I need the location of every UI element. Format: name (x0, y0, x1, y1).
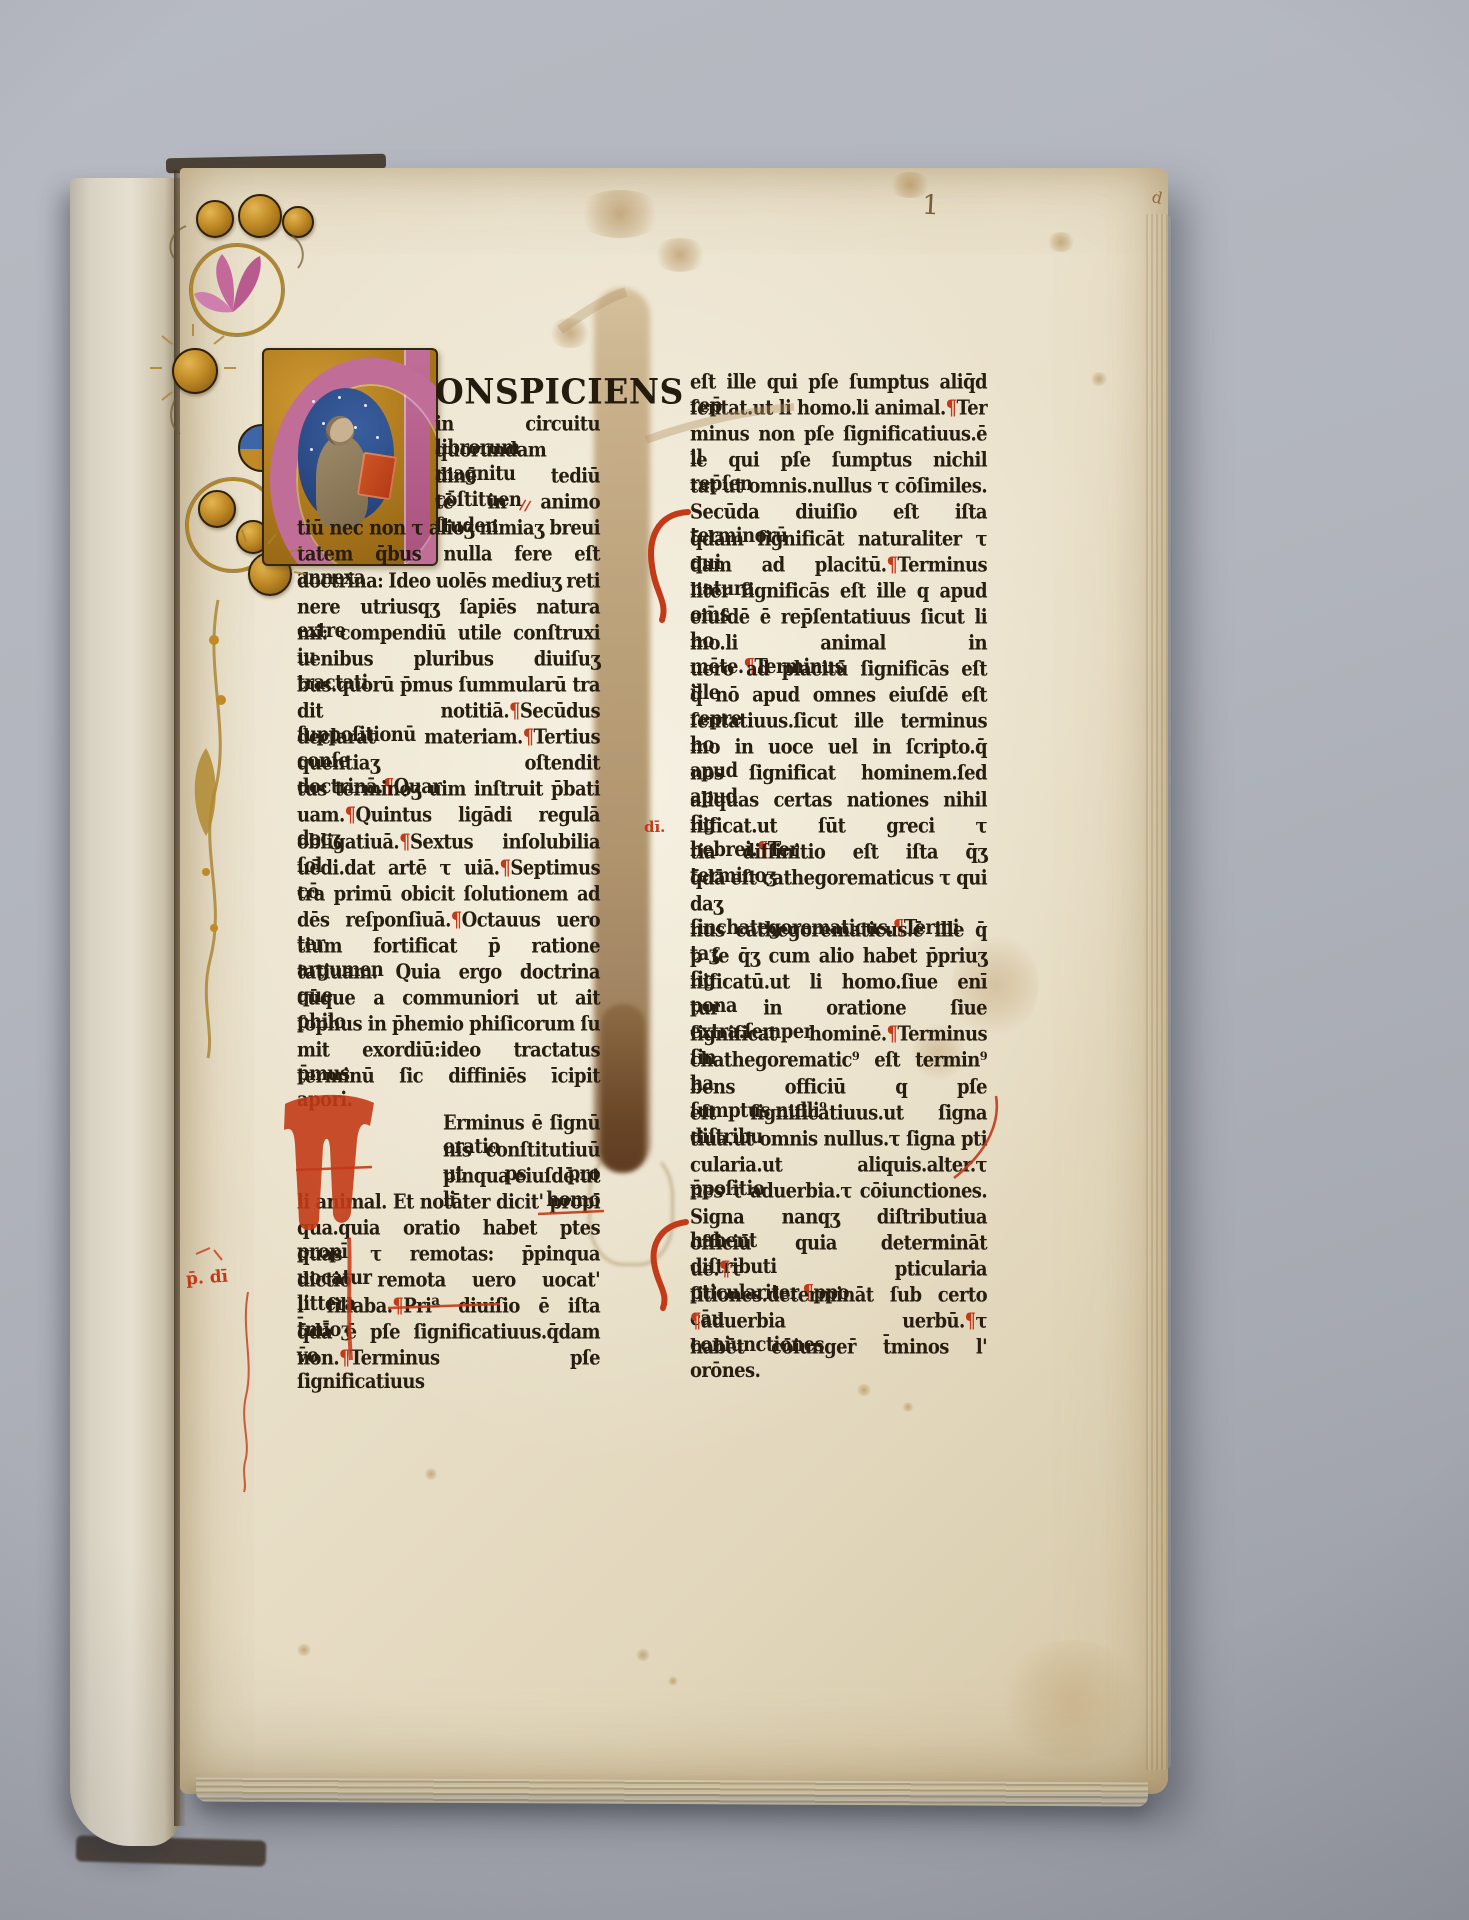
text-line: aliquas certas nationes nihil ſig (690, 788, 987, 817)
text-line: mo.li animal in mēte.¶Terminus (690, 631, 987, 660)
body-lines: tiū nec non τ alioʒ nimiaʒ breuitatem q̄… (297, 518, 600, 1092)
text-line: Signa nanqʒ diſtributiua habent (690, 1205, 987, 1234)
initial-T-shape (280, 1094, 378, 1236)
text-line: cularia.ut aliquis.alter.τ p̄poſitio (690, 1153, 987, 1182)
text-line: quorundam magnitu (297, 439, 600, 468)
text-line: uam.¶Quintus ligādi regulā docʒ (297, 804, 600, 833)
margin-note-left: p̄. dī (185, 1267, 228, 1290)
text-line: Secūda diuiſio eſt iſta terminorū (690, 501, 987, 530)
photograph-of-incunabulum-page: C ONSPICIENS in circuitu librorumquorund… (0, 0, 1469, 1920)
text-line: nificatū.ut li homo.ſiue enī pona (690, 971, 987, 1000)
gold-ring-ornament (190, 244, 284, 336)
text-line: habēt cōiunger̄ t̄minos l' orōnes. (690, 1336, 987, 1365)
text-line: dam ad placitū.¶Terminus natura (690, 553, 987, 582)
page-stack-right-edge (1146, 214, 1172, 1770)
gold-ball-ornament (238, 194, 282, 238)
text-line: tatem q̄bus nulla fere eſt annexa (297, 543, 600, 572)
opening-lines: in circuitu librorumquorundam magnitudin… (297, 414, 600, 518)
text-line: liter ſignificās eſt ille q apud om̄s (690, 579, 987, 608)
text-line: dictio remota uero uocat' littera (297, 1268, 600, 1297)
facing-page-fore-edge (70, 178, 180, 1846)
rubricated-initial-T: T (280, 1094, 378, 1236)
text-line: q̄dā eſt cathegorematicus τ qui (690, 866, 987, 895)
text-line: cūque a communiori ut ait philo (297, 986, 600, 1015)
text-line: p ſe q̄ʒ cum alio habet p̄priuʒ ſig (690, 944, 987, 973)
column2-lines: eſt ille qui pſe ſumptus aliq̄d rep̄ſent… (690, 372, 987, 1364)
text-line: declarat materiam.¶Tertius conſe (297, 726, 600, 755)
folio-number: 1 (921, 190, 940, 222)
text-line: officiū quia determināt diſtributi (690, 1232, 987, 1261)
text-line: dēs reſponſiuā.¶Octauus uero ter (297, 908, 600, 937)
text-line: tia diffinitio eſt iſta q̄ʒ terminoʒ (690, 840, 987, 869)
text-column-right: eſt ille qui pſe ſumptus aliq̄d rep̄ſent… (690, 372, 987, 1364)
text-line: uēdi.dat artē τ uiā.¶Septimus cō (297, 856, 600, 885)
text-line: chathegorematic⁹ eſt termin⁹ ha (690, 1049, 987, 1078)
margin-note-center: dī. (644, 818, 665, 836)
text-line: uero ad placitū ſignificās eſt ille (690, 657, 987, 686)
text-line: dit notitiā.¶Secūdus ſuppoſitionū (297, 699, 600, 728)
text-line: nere utriusqʒ ſapiēs natura extre (297, 595, 600, 624)
text-line: in circuitu librorum (297, 412, 600, 441)
gold-ball-sunburst (172, 348, 218, 394)
text-line: mi: compendiū utile conſtruxi iu (297, 621, 600, 650)
stain-tail-outline (588, 1150, 674, 1266)
gold-ball-ornament (198, 490, 236, 528)
page-stack-bottom-edge (196, 1778, 1148, 1807)
text-line: uenibus pluribus diuiſuʒ tractati (297, 647, 600, 676)
text-line: daʒ ſinchategorematicus.¶Termi (690, 892, 987, 921)
text-line: tatiuam. Quia ergo doctrina que (297, 960, 600, 989)
text-line: tium fortificat p̄ ratione argumen (297, 934, 600, 963)
text-line: bus.quorū p̄mus ſummularū tra (297, 673, 600, 702)
text-line: q̄ nō apud omnes eiuſdē eſt repre (690, 684, 987, 713)
text-line: nes τ aduerbia.τ cōiunctiones. (690, 1179, 987, 1208)
text-line: non.¶Terminus pſe ſignificatiuus (297, 1347, 600, 1376)
gold-ball-ornament (196, 200, 234, 238)
text-line: ſophus in p̄hemio phiſicorum ſu (297, 1013, 600, 1042)
gold-ball-ornament (282, 206, 314, 238)
text-line: ſentat.ut li homo.li animal.¶Ter (690, 397, 987, 426)
text-line: obligatiuā.¶Sextus inſolubilia ſol (297, 830, 600, 859)
text-line: eſt ſignificatiuus.ut ſigna diſtribu (690, 1101, 987, 1130)
text-line: nos ſignificat hominem.ſed apud (690, 762, 987, 791)
center-gutter-stain-dark (601, 1004, 645, 1172)
incipit-display-line: ONSPICIENS (297, 371, 600, 415)
text-line: l' ſillaba.¶Priª diuiſio ē iſta t̄mīoʒ (297, 1295, 600, 1324)
text-line: eſt ille qui pſe ſumptus aliq̄d rep̄ (690, 370, 987, 399)
text-line: eiuſdē ē rep̄ſentatiuus ſicut li ho (690, 605, 987, 634)
text-line: bens officiū q pſe ſumptus.nulli⁹ (690, 1075, 987, 1104)
text-line: doctrina: Ideo uolēs mediuʒ reti (297, 569, 600, 598)
text-line: quas τ remotas: p̄pinqua uocatur (297, 1242, 600, 1271)
text-line: tra primū obicit ſolutionem ad (297, 882, 600, 911)
text-line: tiua.ut omnis nullus.τ ſigna pti (690, 1127, 987, 1156)
text-line: nus cathegorematicus.ē ille q̄ taʒ (690, 918, 987, 947)
text-line: q̄dam ſignificāt naturaliter τ qui (690, 527, 987, 556)
text-line: terminū ſic diffiniēs īcipit apori. (297, 1065, 600, 1094)
text-line: nificat.ut ſūt greci τ hebrei.¶Ter (690, 814, 987, 843)
